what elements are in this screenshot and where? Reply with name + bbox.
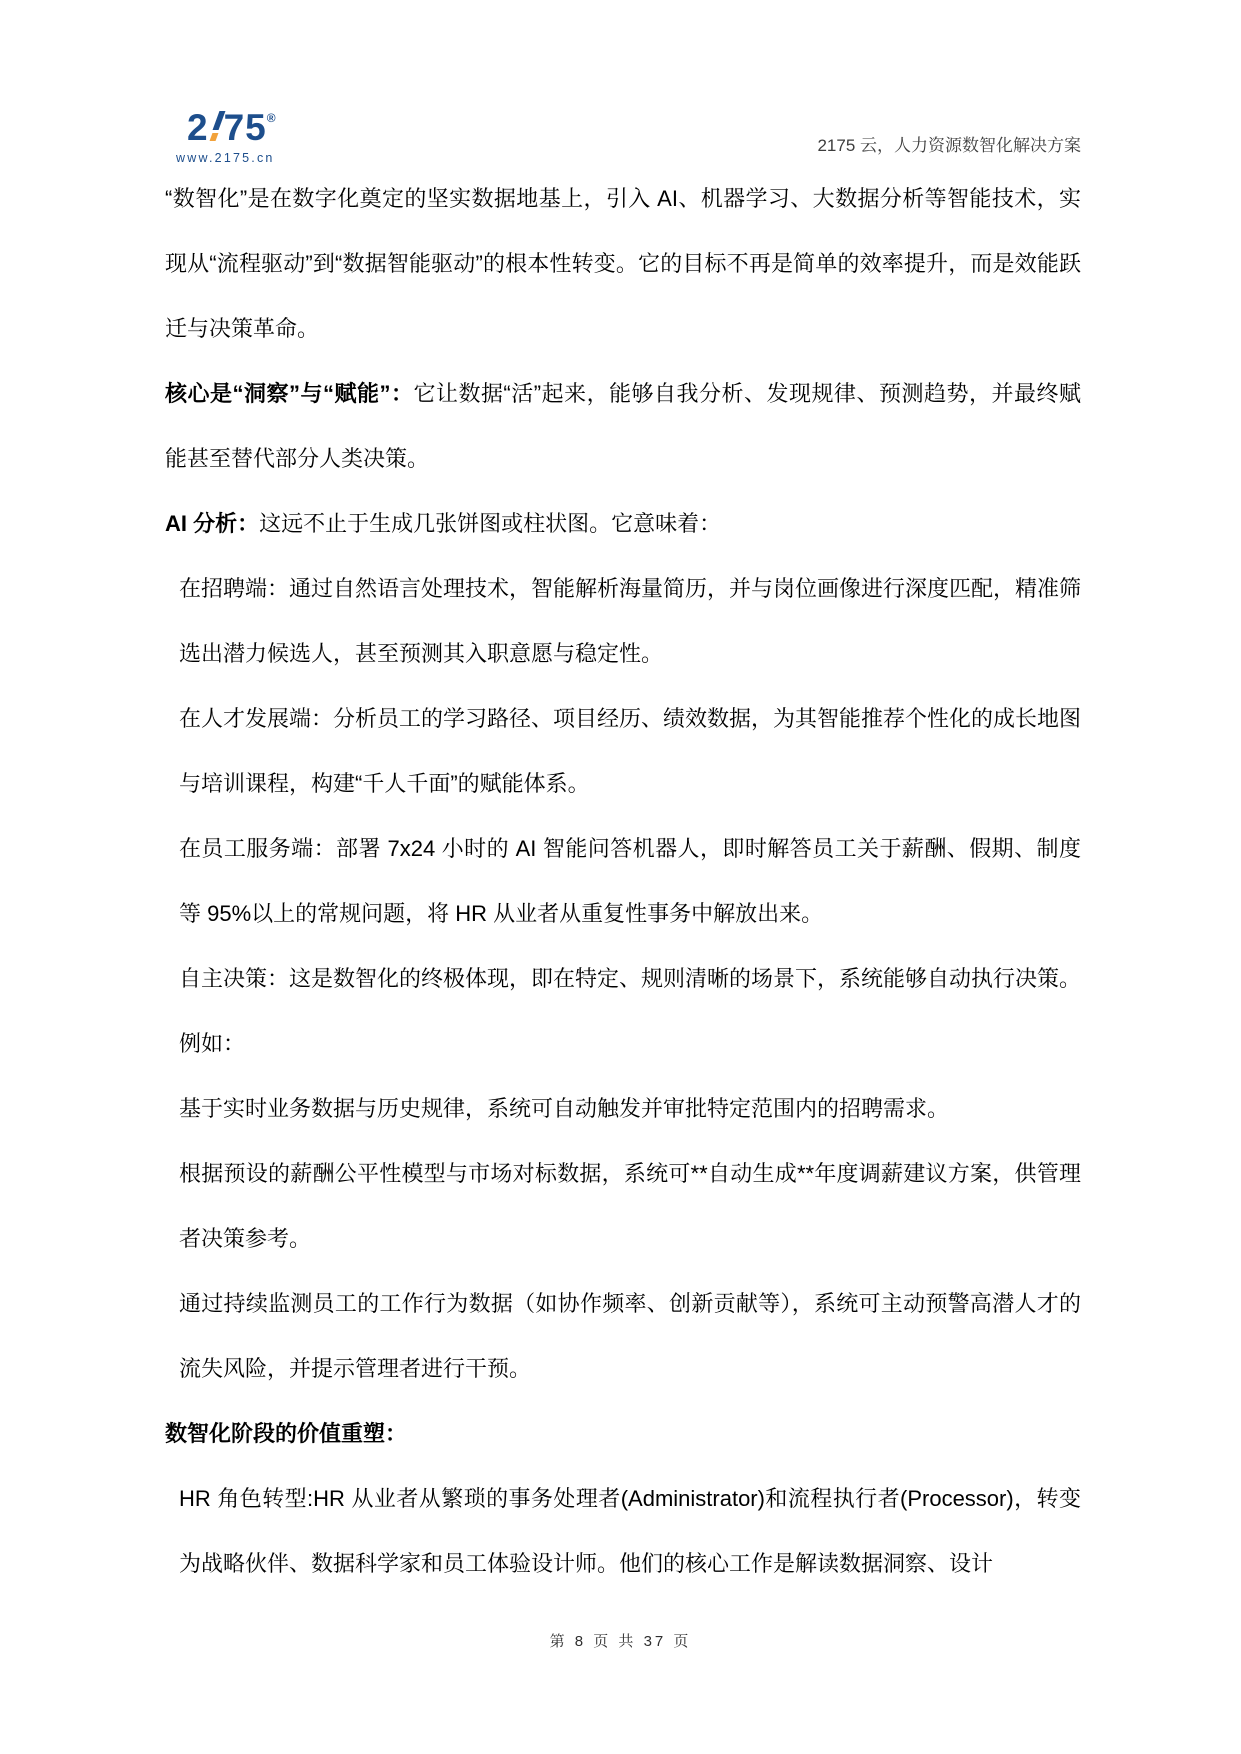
text-run: 基于实时业务数据与历史规律，系统可自动触发并审批特定范围内的招聘需求。 bbox=[179, 1096, 949, 1121]
logo-text: 275® bbox=[187, 99, 276, 147]
text-run: 自主决策：这是数智化的终极体现，即在特定、规则清晰的场景下，系统能够自动执行决策… bbox=[179, 966, 1081, 1056]
paragraph: 在人才发展端：分析员工的学习路径、项目经历、绩效数据，为其智能推荐个性化的成长地… bbox=[165, 686, 1081, 816]
text-run: “数智化”是在数字化奠定的坚实数据地基上，引入 AI、机器学习、大数据分析等智能… bbox=[165, 186, 1081, 341]
document-body: “数智化”是在数字化奠定的坚实数据地基上，引入 AI、机器学习、大数据分析等智能… bbox=[165, 166, 1081, 1596]
paragraph: 自主决策：这是数智化的终极体现，即在特定、规则清晰的场景下，系统能够自动执行决策… bbox=[165, 946, 1081, 1076]
text-run: 在招聘端：通过自然语言处理技术，智能解析海量简历，并与岗位画像进行深度匹配，精准… bbox=[179, 576, 1081, 666]
bold-run: AI 分析： bbox=[165, 511, 259, 536]
registered-trademark: ® bbox=[267, 111, 276, 125]
paragraph: 在员工服务端：部署 7x24 小时的 AI 智能问答机器人，即时解答员工关于薪酬… bbox=[165, 816, 1081, 946]
logo-slash-icon bbox=[209, 111, 224, 142]
logo-url: www.2175.cn bbox=[176, 151, 276, 165]
page-number: 第 8 页 共 37 页 bbox=[0, 1630, 1241, 1651]
logo-number-left: 2 bbox=[187, 107, 209, 148]
text-run: 根据预设的薪酬公平性模型与市场对标数据，系统可**自动生成**年度调薪建议方案，… bbox=[179, 1161, 1081, 1251]
paragraph: AI 分析：这远不止于生成几张饼图或柱状图。它意味着： bbox=[165, 491, 1081, 556]
logo-2175: 275® www.2175.cn bbox=[176, 99, 276, 165]
text-run: HR 角色转型:HR 从业者从繁琐的事务处理者(Administrator)和流… bbox=[179, 1486, 1081, 1576]
text-run: 在人才发展端：分析员工的学习路径、项目经历、绩效数据，为其智能推荐个性化的成长地… bbox=[179, 706, 1081, 796]
paragraph: 根据预设的薪酬公平性模型与市场对标数据，系统可**自动生成**年度调薪建议方案，… bbox=[165, 1141, 1081, 1271]
document-page: 275® www.2175.cn 2175 云，人力资源数智化解决方案 “数智化… bbox=[0, 0, 1241, 1754]
text-run: 通过持续监测员工的工作行为数据（如协作频率、创新贡献等），系统可主动预警高潜人才… bbox=[179, 1291, 1081, 1381]
text-run: 在员工服务端：部署 7x24 小时的 AI 智能问答机器人，即时解答员工关于薪酬… bbox=[179, 836, 1081, 926]
bold-run: 核心是“洞察”与“赋能”： bbox=[165, 381, 413, 406]
logo-number-right: 75 bbox=[224, 107, 267, 148]
header-title: 2175 云，人力资源数智化解决方案 bbox=[817, 131, 1081, 156]
paragraph: 数智化阶段的价值重塑： bbox=[165, 1401, 1081, 1466]
paragraph: 在招聘端：通过自然语言处理技术，智能解析海量简历，并与岗位画像进行深度匹配，精准… bbox=[165, 556, 1081, 686]
paragraph: “数智化”是在数字化奠定的坚实数据地基上，引入 AI、机器学习、大数据分析等智能… bbox=[165, 166, 1081, 361]
text-run: 这远不止于生成几张饼图或柱状图。它意味着： bbox=[259, 511, 721, 536]
paragraph: 通过持续监测员工的工作行为数据（如协作频率、创新贡献等），系统可主动预警高潜人才… bbox=[165, 1271, 1081, 1401]
bold-run: 数智化阶段的价值重塑： bbox=[165, 1421, 407, 1446]
paragraph: 核心是“洞察”与“赋能”：它让数据“活”起来，能够自我分析、发现规律、预测趋势，… bbox=[165, 361, 1081, 491]
paragraph: HR 角色转型:HR 从业者从繁琐的事务处理者(Administrator)和流… bbox=[165, 1466, 1081, 1596]
paragraph: 基于实时业务数据与历史规律，系统可自动触发并审批特定范围内的招聘需求。 bbox=[165, 1076, 1081, 1141]
